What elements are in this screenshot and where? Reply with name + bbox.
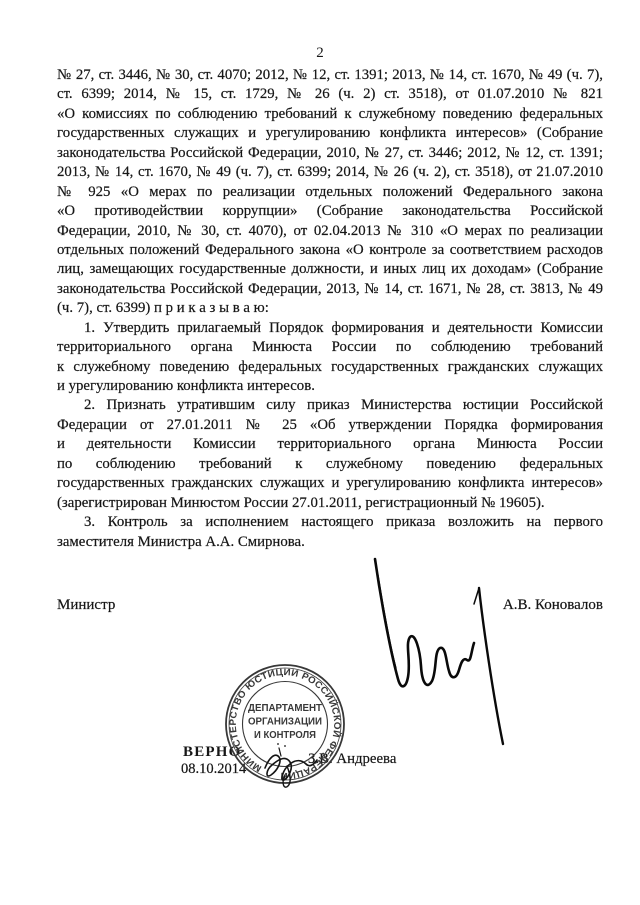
- text-line: государственных гражданских служащих и у…: [57, 474, 603, 493]
- text-line: 2. Признать утратившим силу приказ Минис…: [57, 396, 603, 415]
- stamp-center-line3: И КОНТРОЛЯ: [254, 730, 316, 741]
- page-number: 2: [0, 45, 640, 62]
- text-line: заместителя Министра А.А. Смирнова.: [57, 533, 603, 552]
- text-line: государственных служащих и урегулировани…: [57, 124, 603, 143]
- text-line: лиц, замещающих государственные должност…: [57, 260, 603, 279]
- stamp-center-line2: ОРГАНИЗАЦИИ: [248, 717, 322, 728]
- text-line: № 27, ст. 3446, № 30, ст. 4070; 2012, № …: [57, 66, 603, 85]
- text-line: (зарегистрирован Минюстом России 27.01.2…: [57, 494, 603, 513]
- text-line: (ч. 7), ст. 6399) п р и к а з ы в а ю:: [57, 299, 603, 318]
- text-line: и деятельности Комиссии территориального…: [57, 435, 603, 454]
- document-page: 2 № 27, ст. 3446, № 30, ст. 4070; 2012, …: [0, 0, 640, 905]
- minister-signature-icon: [360, 550, 515, 755]
- text-line: Федерации от 27.01.2011 № 25 «Об утвержд…: [57, 416, 603, 435]
- text-line: 2013, № 14, ст. 1670, № 49 (ч. 7), ст. 6…: [57, 163, 603, 182]
- text-line: к служебному поведению федеральных госуд…: [57, 358, 603, 377]
- text-line: № 925 «О мерах по реализации отдельных п…: [57, 183, 603, 202]
- text-line: по соблюдению требований к служебному по…: [57, 455, 603, 474]
- minister-name: А.В. Коновалов: [503, 597, 603, 614]
- text-line: «О комиссиях по соблюдению требований к …: [57, 105, 603, 124]
- text-line: законодательства Российской Федерации, 2…: [57, 280, 603, 299]
- text-line: законодательства Российской Федерации, 2…: [57, 144, 603, 163]
- document-body: № 27, ст. 3446, № 30, ст. 4070; 2012, № …: [57, 66, 603, 552]
- text-line: 3. Контроль за исполнением настоящего пр…: [57, 513, 603, 532]
- official-stamp: МИНИСТЕРСТВО ЮСТИЦИИ РОССИЙСКОЙ ФЕДЕРАЦИ…: [215, 654, 360, 799]
- text-line: территориального органа Минюста России п…: [57, 338, 603, 357]
- text-line: отдельных положений Федерального закона …: [57, 241, 603, 260]
- text-line: 1. Утвердить прилагаемый Порядок формиро…: [57, 319, 603, 338]
- stamp-center-line1: ДЕПАРТАМЕНТ: [248, 703, 323, 714]
- text-line: «О противодействии коррупции» (Собрание …: [57, 202, 603, 221]
- text-line: Федерации, 2010, № 30, ст. 4070), от 02.…: [57, 222, 603, 241]
- minister-title: Министр: [57, 597, 115, 614]
- text-line: ст. 6399; 2014, № 15, ст. 1729, № 26 (ч.…: [57, 85, 603, 104]
- text-line: и урегулированию конфликта интересов.: [57, 377, 603, 396]
